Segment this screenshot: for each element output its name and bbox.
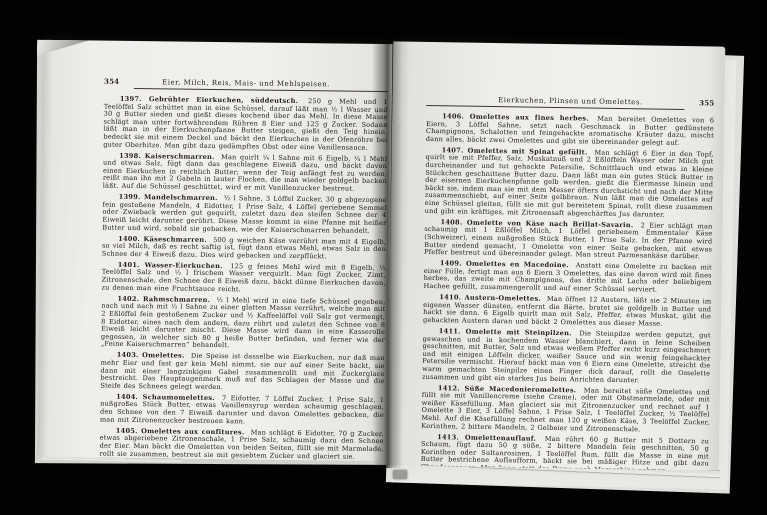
left-recipe-list: 1397. Gebrühter Eierkuchen, süddeutsch. … [99,96,387,461]
recipe: 1400. Käseschmarren. 500 g weichen Käse … [102,235,386,261]
right-recipe-list: 1406. Omelettes aux fines herbes. Man be… [421,113,715,471]
recipe-body: Man rührt 60 g Butter mit 5 Dottern zu S… [421,434,710,470]
right-page-number: 355 [680,98,714,108]
recipe: 1398. Kaiserschmarren. Man quirlt ¼ l Sa… [103,152,387,193]
recipe: 1407. Omelettes mit Spinat gefüllt. Man … [425,147,714,220]
recipe-body: Die Steinpilze werden geputzt, gut gewas… [422,329,711,384]
recipe: 1411. Omelette mit Steinpilzen. Die Stei… [422,328,711,386]
recipe-body: Man quirlt ¼ l Sahne mit 6 Eigelb, ¼ l M… [103,153,387,193]
left-page-number: 354 [104,77,138,86]
recipe: 1402. Rahmschmarren. ½ l Mehl wird in ei… [101,295,386,352]
binding-tab-mark [393,470,407,479]
recipe: 1413. Omelettenauflauf. Man rührt 60 g B… [421,434,710,471]
recipe: 1397. Gebrühter Eierkuchen, süddeutsch. … [103,96,388,153]
recipe: 1403. Omelettes. Die Speise ist dasselbe… [100,352,384,393]
recipe-body: ½ l Mehl wird in eine tiefe Schüssel geg… [101,296,386,350]
recipe: 1405. Omelettes aux confitures. Man schl… [99,427,383,461]
right-head-spacer [426,101,460,102]
left-page-content: 354 Eier, Milch, Reis, Mais- und Mehlspe… [99,77,388,461]
recipe: 1410. Austern-Omelettes. Man öffnet 12 A… [423,294,711,329]
book-page-left: 354 Eier, Milch, Reis, Mais- und Mehlspe… [37,40,392,461]
right-page-content: Eierkuchen, Plinsen und Omelettes. 355 1… [420,94,714,471]
recipe-body: Man schlägt 6 Eier in den Topf, quirlt s… [425,148,714,218]
recipe-body: Man bereitet süße Omelettes und füllt si… [421,386,710,433]
book-page-right: Eierkuchen, Plinsen und Omelettes. 355 1… [387,41,726,470]
recipe: 1408. Omelette von Käse nach Brillat-Sav… [424,219,713,261]
recipe: 1412. Süße Macedonieromelettes. Man bere… [421,385,710,435]
recipe: 1406. Omelettes aux fines herbes. Man be… [426,113,714,148]
recipe: 1401. Wasser-Eierkuchen. 125 g feines Me… [101,261,385,295]
scanner-background: 354 Eier, Milch, Reis, Mais- und Mehlspe… [0,0,767,515]
recipe-body: 2 Eier schlägt man schaumig mit 1 Eßlöff… [424,221,713,260]
recipe: 1404. Schaumomelettes. 7 Eidotter, 7 Löf… [100,393,384,427]
recipe: 1399. Mandelschmarren. ½ l Sahne, 3 Löff… [102,194,386,235]
recipe-body: 250 g Mehl und 1 Teelöffel Salz schüttet… [103,97,388,151]
left-running-title: Eier, Milch, Reis, Mais- und Mehlspeisen… [138,78,354,89]
recipe-body: ½ l Sahne, 3 Löffel Zucker, 30 g abgezog… [102,194,386,234]
recipe: 1409. Omelettes en Macedoine. Anstatt ei… [423,260,711,295]
